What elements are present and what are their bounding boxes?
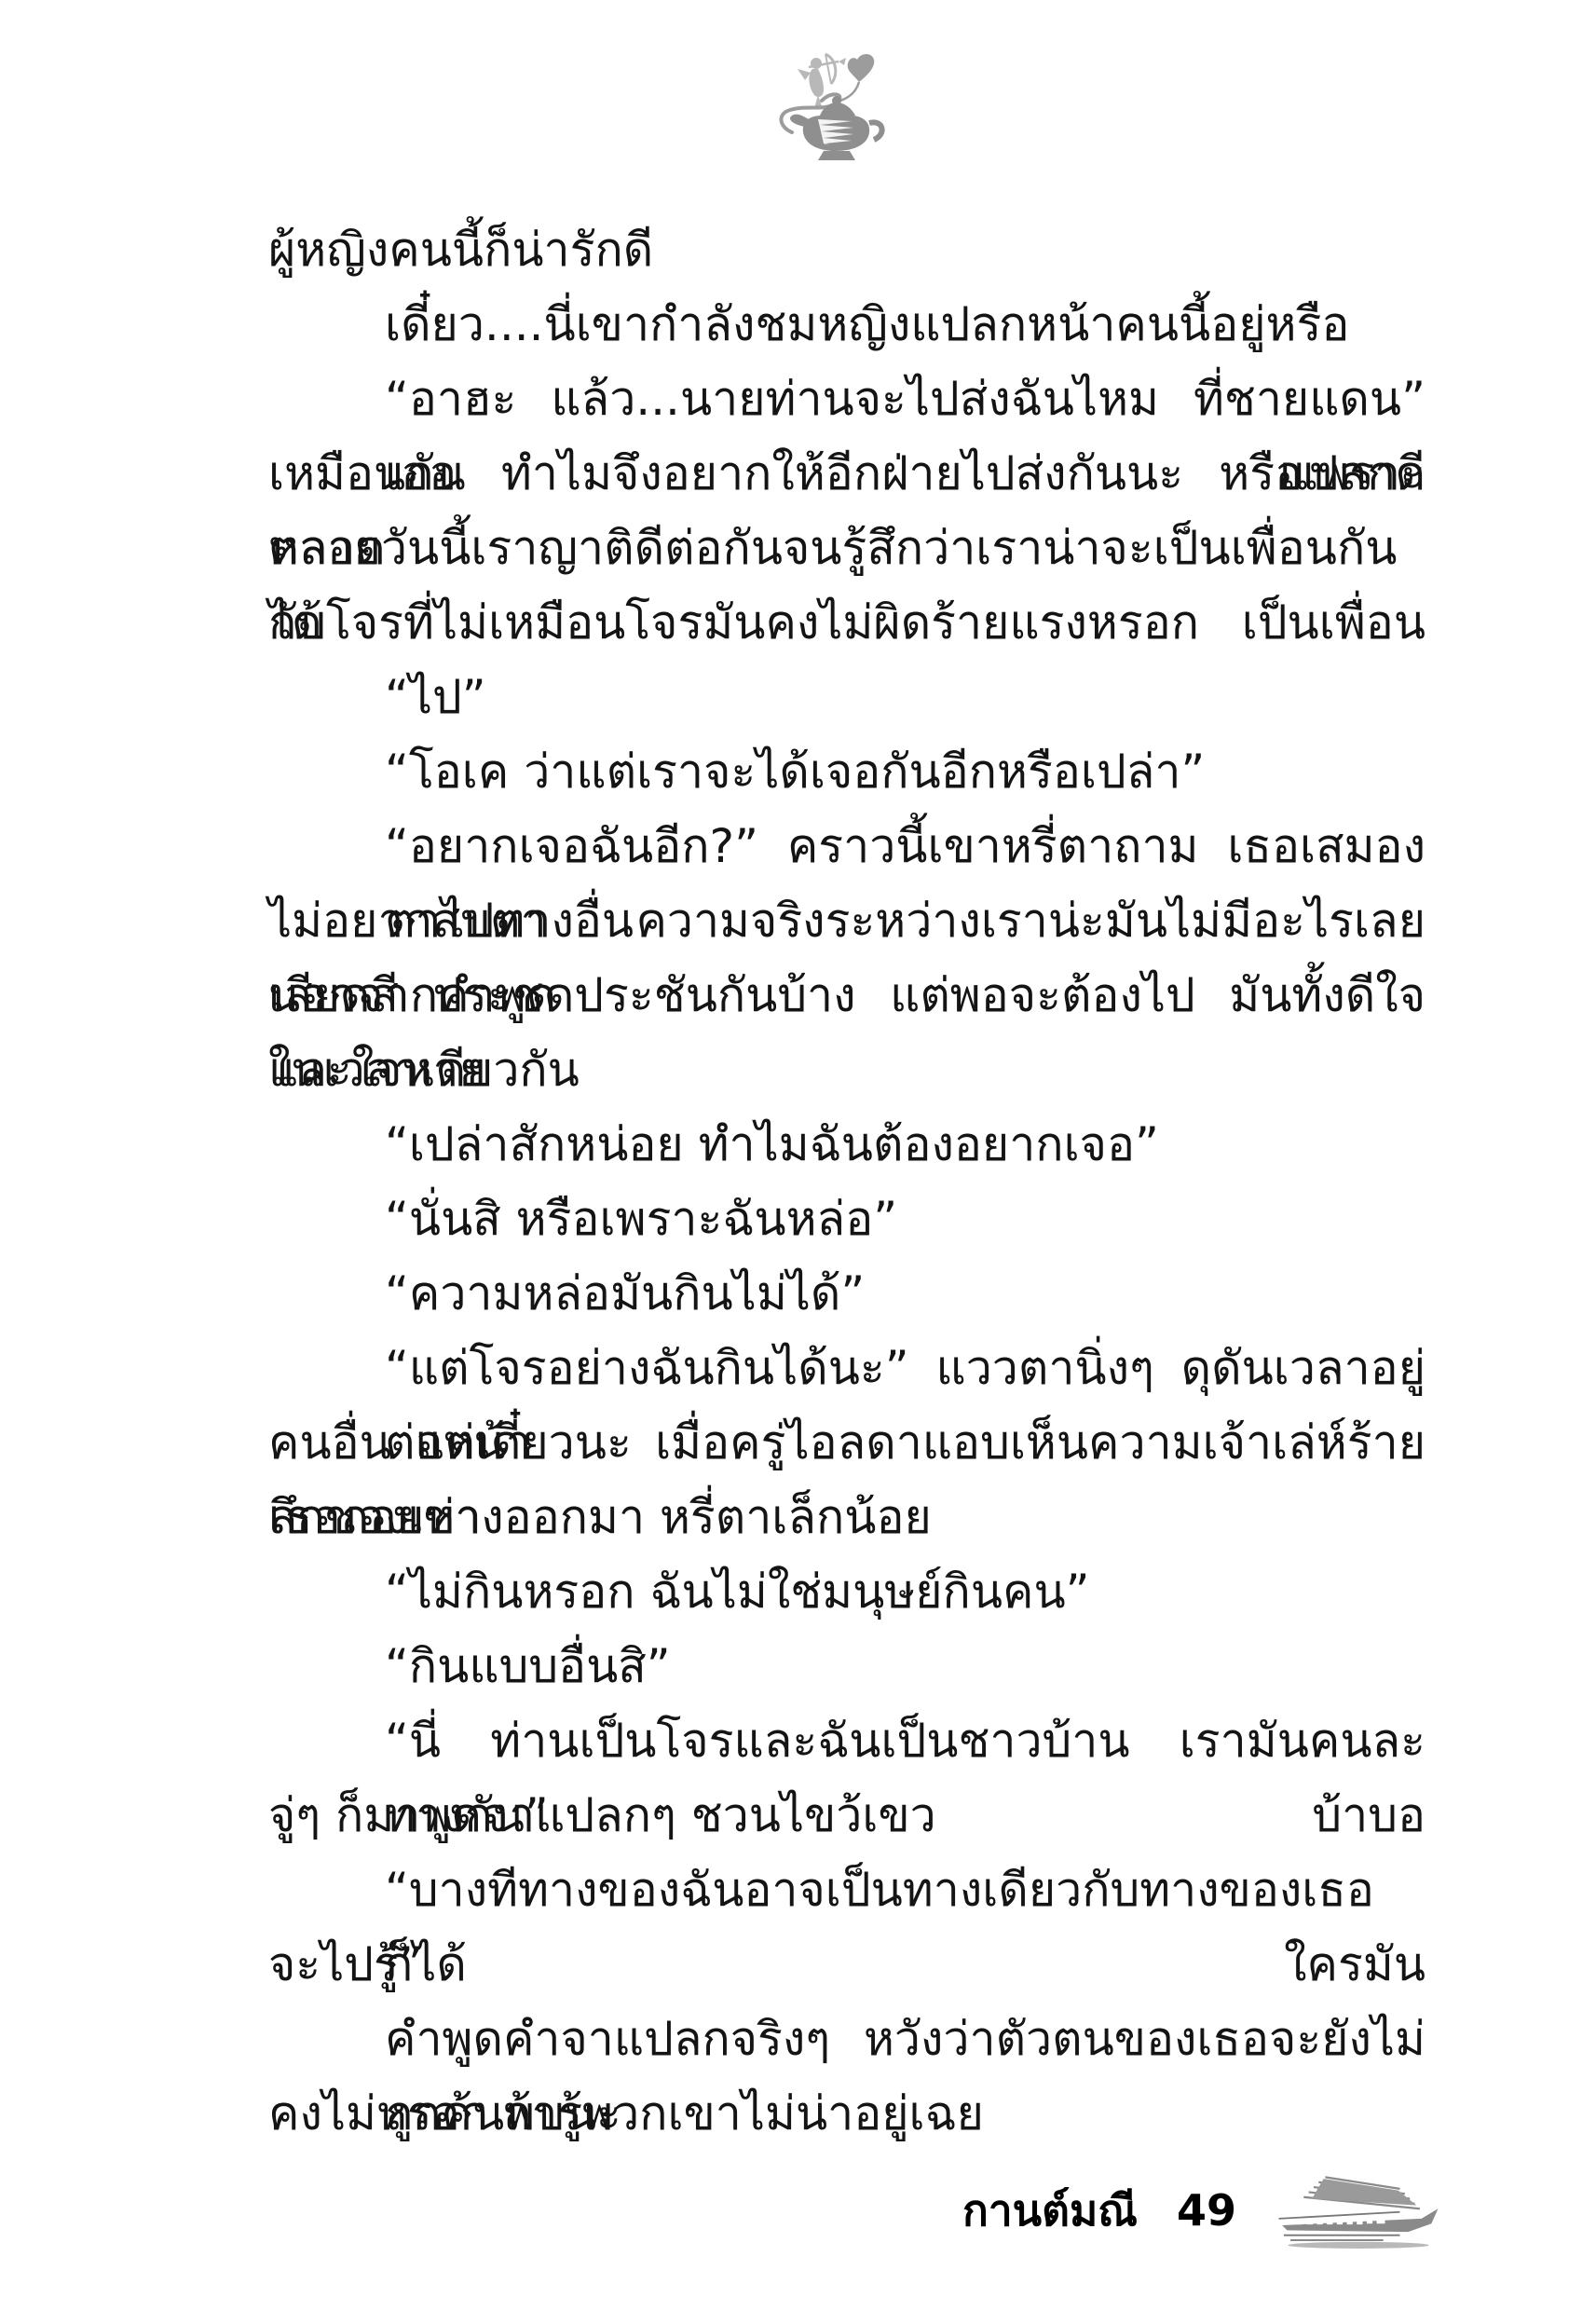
text-line: คนอื่น แต่เดี๋ยวนะ เมื่อครู่ไอลดาแอบเห็น… <box>268 1405 1425 1480</box>
text-line: เหมือนกัน ทำไมจึงอยากให้อีกฝ่ายไปส่งกันน… <box>268 436 1425 511</box>
text-line: หลายวันนี้เราญาติดีต่อกันจนรู้สึกว่าเราน… <box>268 511 1425 585</box>
text-line: “เปล่าสักหน่อย ทำไมฉันต้องอยากเจอ” <box>268 1107 1425 1182</box>
page-number: 49 <box>1177 2185 1236 2236</box>
lamp-body <box>790 96 882 160</box>
text-line: “ไม่กินหรอก ฉันไม่ใช่มนุษย์กินคน” <box>268 1554 1425 1629</box>
text-line: “ไป” <box>268 660 1425 734</box>
text-line: ไม่อยากสบตา ความจริงระหว่างเราน่ะมันไม่ม… <box>268 883 1425 958</box>
text-line: “อาฮะ แล้ว...นายท่านจะไปส่งฉันไหม ที่ชาย… <box>268 362 1425 436</box>
text-line: คำพูดคำจาแปลกจริงๆ หวังว่าตัวตนของเธอจะย… <box>268 2002 1425 2076</box>
heart-icon <box>848 54 875 82</box>
text-line: คงไม่หรอก ถ้ารู้พวกเขาไม่น่าอยู่เฉย <box>268 2076 1425 2151</box>
page-text: ผู้หญิงคนนี้ก็น่ารักดี เดี๋ยว....นี่เขาก… <box>268 212 1425 2151</box>
magic-lamp-icon <box>777 47 898 177</box>
text-line: “ความหล่อมันกินไม่ได้” <box>268 1256 1425 1331</box>
text-line: “นั่นสิ หรือเพราะฉันหล่อ” <box>268 1182 1425 1256</box>
page-footer: กานต์มณี 49 <box>962 2164 1441 2257</box>
text-line: “นี่ ท่านเป็นโจรและฉันเป็นชาวบ้าน เรามัน… <box>268 1703 1425 1778</box>
text-line: “โอเค ว่าแต่เราจะได้เจอกันอีกหรือเปล่า” <box>268 734 1425 809</box>
text-line: “กินแบบอื่นสิ” <box>268 1629 1425 1703</box>
text-line: ในเวลาเดียวกัน <box>268 1032 1425 1107</box>
text-line: เดี๋ยว....นี่เขากำลังชมหญิงแปลกหน้าคนนี้… <box>268 287 1425 362</box>
book-page: { "ornament": { "icon": "magic-lamp-cupi… <box>0 0 1596 2311</box>
text-line: ผู้หญิงคนนี้ก็น่ารักดี <box>268 212 1425 287</box>
cruise-ship-icon <box>1275 2170 1441 2250</box>
lamp-cupid-ornament <box>777 47 898 177</box>
text-line: เธอถอยห่างออกมา หรี่ตาเล็กน้อย <box>268 1480 1425 1554</box>
text-line: “แต่โจรอย่างฉันกินได้นะ” แววตานิ่งๆ ดุดั… <box>268 1331 1425 1405</box>
footer-book-title: กานต์มณี <box>962 2177 1138 2245</box>
text-line: เสียดสี ประชดประชันกันบ้าง แต่พอจะต้องไป… <box>268 958 1425 1032</box>
text-line: “อยากเจอฉันอีก?” คราวนี้เขาหรี่ตาถาม เธอ… <box>268 809 1425 883</box>
text-line: “บางทีทางของฉันอาจเป็นทางเดียวกับทางของเ… <box>268 1853 1425 1927</box>
